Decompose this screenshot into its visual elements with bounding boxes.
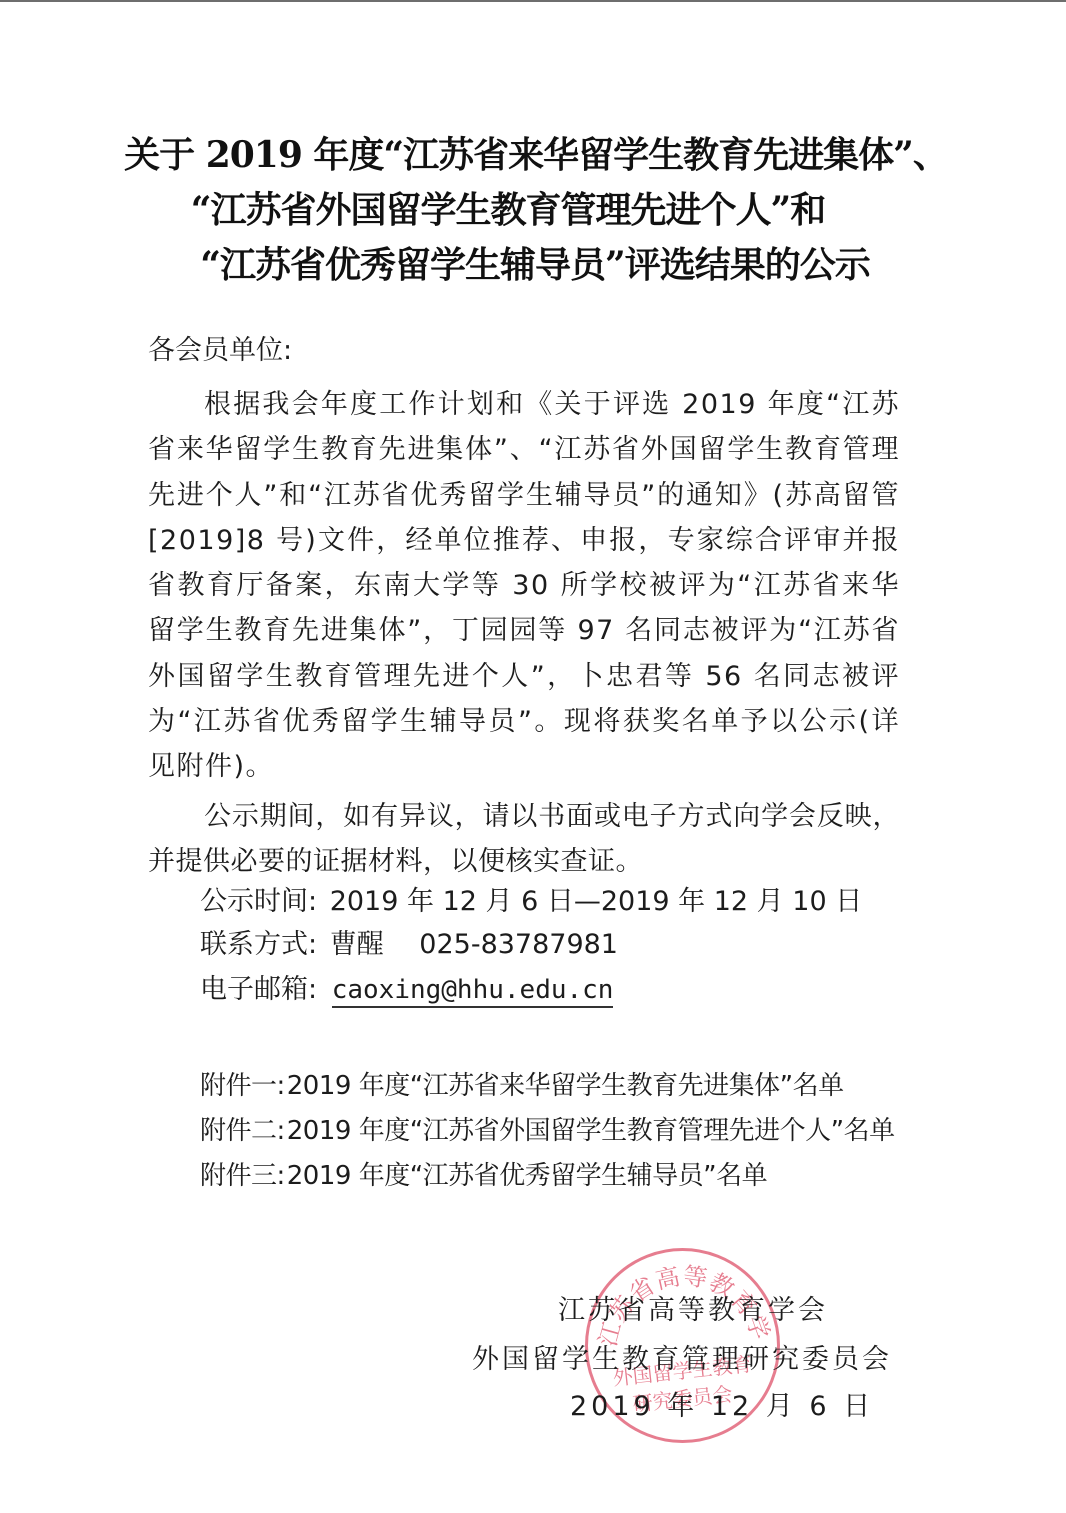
email-info: 电子邮箱: caoxing@hhu.edu.cn [200,970,613,1010]
title-line-1: 关于 2019 年度“江苏省来华留学生教育先进集体”、 [0,128,1066,183]
title-line-3: “江苏省优秀留学生辅导员”评选结果的公示 [0,238,1066,293]
attachment-item: 附件二:2019 年度“江苏省外国留学生教育管理先进个人”名单 [200,1109,895,1154]
attachment-text: 2019 年度“江苏省来华留学生教育先进集体”名单 [287,1071,844,1101]
title-line-2: “江苏省外国留学生教育管理先进个人”和 [0,183,1066,238]
contact-value: 曹醒 025-83787981 [330,929,618,960]
publicity-period-value: 2019 年 12 月 6 日—2019 年 12 月 10 日 [330,886,863,917]
salutation: 各会员单位: [148,331,900,371]
page-top-border [0,0,1066,2]
attachment-text: 2019 年度“江苏省优秀留学生辅导员”名单 [287,1161,767,1191]
attachment-label: 附件三: [200,1161,285,1191]
objection-paragraph: 公示期间，如有异议，请以书面或电子方式向学会反映，并提供必要的证据材料，以便核实… [148,794,900,884]
attachment-label: 附件一: [200,1071,285,1101]
attachment-item: 附件一:2019 年度“江苏省来华留学生教育先进集体”名单 [200,1064,895,1109]
contact-info: 联系方式: 曹醒 025-83787981 [200,925,618,965]
main-paragraph: 根据我会年度工作计划和《关于评选 2019 年度“江苏省来华留学生教育先进集体”… [148,382,900,790]
attachment-label: 附件二: [200,1116,285,1146]
publicity-period-label: 公示时间: [200,886,317,917]
contact-label: 联系方式: [200,929,317,960]
email-label: 电子邮箱: [200,974,317,1005]
document-title: 关于 2019 年度“江苏省来华留学生教育先进集体”、 “江苏省外国留学生教育管… [0,128,1066,293]
signature-org-line-1: 江苏省高等教育学会 [558,1291,828,1331]
email-link[interactable]: caoxing@hhu.edu.cn [332,975,614,1008]
publicity-period: 公示时间: 2019 年 12 月 6 日—2019 年 12 月 10 日 [200,882,862,922]
attachments-list: 附件一:2019 年度“江苏省来华留学生教育先进集体”名单 附件二:2019 年… [200,1064,895,1199]
signature-org-line-2: 外国留学生教育管理研究委员会 [472,1340,892,1380]
signature-date: 2019 年 12 月 6 日 [570,1387,874,1427]
attachment-text: 2019 年度“江苏省外国留学生教育管理先进个人”名单 [287,1116,895,1146]
attachment-item: 附件三:2019 年度“江苏省优秀留学生辅导员”名单 [200,1154,895,1199]
